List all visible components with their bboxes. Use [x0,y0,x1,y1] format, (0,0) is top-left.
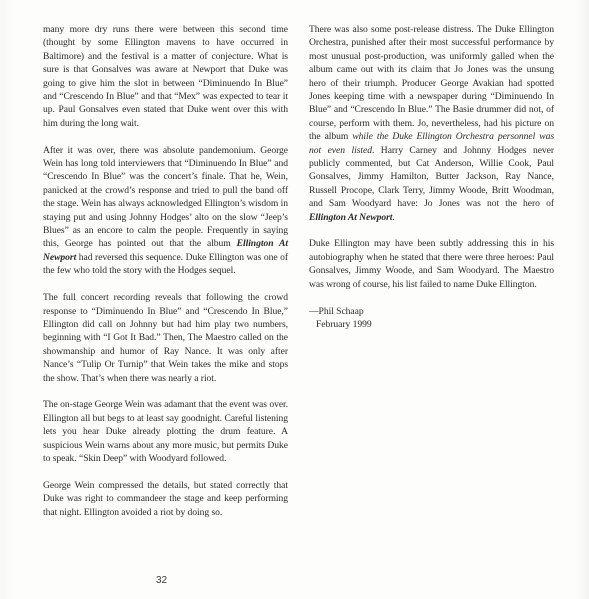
paragraph-text: There was also some post-release distres… [309,24,554,142]
paragraph-text: had reversed this sequence. Duke Ellingt… [43,252,288,276]
signature-date: February 1999 [309,318,554,331]
author-name: —Phil Schaap [309,306,364,317]
paragraph: The full concert recording reveals that … [43,291,288,385]
album-title: Ellington At Newport [309,212,392,223]
paragraph-text: George Wein compressed the details, but … [43,480,288,518]
liner-notes-page: many more dry runs there were between th… [0,0,589,599]
paragraph-text: many more dry runs there were between th… [43,24,288,129]
left-text-column: many more dry runs there were between th… [43,23,288,532]
paragraph-text: The full concert recording reveals that … [43,292,288,383]
author-signature: —Phil Schaap February 1999 [309,305,554,332]
paragraph-text: After it was over, there was absolute pa… [43,145,288,250]
paragraph-text: . [392,212,394,223]
paragraph: There was also some post-release distres… [309,23,554,224]
right-text-column: There was also some post-release distres… [309,23,554,331]
paragraph-text: Duke Ellington may have been subtly addr… [309,238,554,289]
paragraph: many more dry runs there were between th… [43,23,288,130]
paragraph: Duke Ellington may have been subtly addr… [309,237,554,291]
paragraph: After it was over, there was absolute pa… [43,144,288,278]
paragraph-text: The on-stage George Wein was adamant tha… [43,399,288,464]
page-number: 32 [156,575,167,586]
paragraph: George Wein compressed the details, but … [43,479,288,519]
paragraph: The on-stage George Wein was adamant tha… [43,398,288,465]
